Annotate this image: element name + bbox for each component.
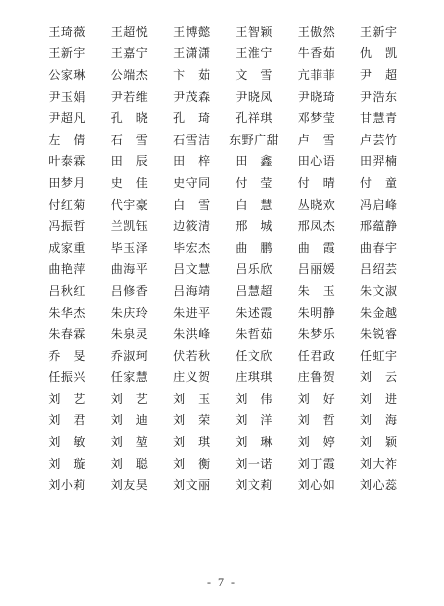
name-row: 尹玉娟尹若维尹茂森尹晓凤尹晓琦尹浩东 [36,86,410,108]
name-cell: 伏若秋 [161,350,223,362]
name-cell: 文 雪 [223,69,285,81]
name-cell: 王淮宁 [223,47,285,59]
name-cell: 孔 晓 [98,112,160,124]
name-cell: 庄琪琪 [223,371,285,383]
name-row: 曲艳萍曲海平吕文慧吕乐欣吕丽媛吕绍芸 [36,259,410,281]
name-cell: 左 倩 [36,134,98,146]
name-cell: 任君政 [285,350,347,362]
name-cell: 田梦月 [36,177,98,189]
name-row: 刘小莉刘友昊刘文丽刘文莉刘心如刘心蕊 [36,474,410,496]
name-cell: 田 梓 [161,155,223,167]
name-cell: 刘 海 [348,414,410,426]
name-cell: 朱明静 [285,307,347,319]
name-cell: 刘 艺 [36,393,98,405]
name-row: 王新宇王嘉宁王潇潇王淮宁牛香茹仇 凯 [36,43,410,65]
name-cell: 毕玉泽 [98,242,160,254]
name-cell: 冯振哲 [36,220,98,232]
name-cell: 刘文丽 [161,479,223,491]
name-cell: 刘 玉 [161,393,223,405]
name-row: 刘 璇刘 聪刘 衡刘一诺刘丁霞刘大祚 [36,453,410,475]
name-cell: 田羿楠 [348,155,410,167]
name-cell: 刘 敏 [36,436,98,448]
name-cell: 吕秋红 [36,285,98,297]
name-cell: 邓梦莹 [285,112,347,124]
name-cell: 白 雪 [161,199,223,211]
name-cell: 吕海靖 [161,285,223,297]
name-cell: 吕丽媛 [285,263,347,275]
name-row: 王琦薇王超悦王博懿王智颖王傲然王新宇 [36,21,410,43]
name-row: 付红菊代宇豪白 雪白 慧丛晓欢冯启峰 [36,194,410,216]
name-cell: 刘 好 [285,393,347,405]
name-row: 刘 敏刘 堃刘 琪刘 琳刘 婷刘 颖 [36,431,410,453]
name-row: 冯振哲兰凯钰边筱清邢 城邢凤杰邢蕴静 [36,215,410,237]
name-cell: 任虹宇 [348,350,410,362]
name-row: 吕秋红吕修香吕海靖吕慧超朱 玉朱文淑 [36,280,410,302]
name-cell: 刘文莉 [223,479,285,491]
name-cell: 王傲然 [285,26,347,38]
name-cell: 公端杰 [98,69,160,81]
name-cell: 田 鑫 [223,155,285,167]
name-cell: 刘 琳 [223,436,285,448]
name-cell: 付 莹 [223,177,285,189]
name-cell: 邢凤杰 [285,220,347,232]
name-cell: 邢蕴静 [348,220,410,232]
name-cell: 付红菊 [36,199,98,211]
name-cell: 东野广甜 [223,134,285,146]
name-cell: 仇 凯 [348,47,410,59]
name-cell: 曲春宇 [348,242,410,254]
name-cell: 尹浩东 [348,91,410,103]
name-cell: 刘 艺 [98,393,160,405]
name-cell: 田 辰 [98,155,160,167]
name-cell: 刘 颖 [348,436,410,448]
name-cell: 刘小莉 [36,479,98,491]
page-number: - 7 - [0,575,444,590]
name-cell: 刘丁霞 [285,458,347,470]
name-cell: 尹超凡 [36,112,98,124]
name-cell: 史 佳 [98,177,160,189]
name-cell: 王新宇 [348,26,410,38]
name-cell: 邢 城 [223,220,285,232]
name-cell: 刘心蕊 [348,479,410,491]
name-cell: 刘心如 [285,479,347,491]
name-cell: 刘 迪 [98,414,160,426]
name-cell: 兰凯钰 [98,220,160,232]
name-cell: 王超悦 [98,26,160,38]
name-row: 尹超凡孔 晓孔 琦孔祥琪邓梦莹甘慧青 [36,107,410,129]
name-cell: 王新宇 [36,47,98,59]
name-cell: 吕慧超 [223,285,285,297]
name-cell: 刘 君 [36,414,98,426]
name-cell: 朱梦乐 [285,328,347,340]
name-cell: 叶泰霖 [36,155,98,167]
name-cell: 王博懿 [161,26,223,38]
name-cell: 庄鲁贺 [285,371,347,383]
name-cell: 卢 雪 [285,134,347,146]
name-cell: 石 雪 [98,134,160,146]
name-cell: 冯启峰 [348,199,410,211]
name-row: 田梦月史 佳史守同付 莹付 晴付 童 [36,172,410,194]
name-row: 朱春霖朱泉灵朱洪峰朱哲茹朱梦乐朱锐睿 [36,323,410,345]
name-cell: 朱述霞 [223,307,285,319]
name-row: 左 倩石 雪石雪洁东野广甜卢 雪卢芸竹 [36,129,410,151]
name-cell: 王嘉宁 [98,47,160,59]
name-cell: 付 晴 [285,177,347,189]
name-cell: 代宇豪 [98,199,160,211]
name-cell: 刘 伟 [223,393,285,405]
name-row: 成家重毕玉泽毕宏杰曲 鹏曲 霞曲春宇 [36,237,410,259]
name-cell: 边筱清 [161,220,223,232]
name-cell: 刘 荣 [161,414,223,426]
name-row: 叶泰霖田 辰田 梓田 鑫田心语田羿楠 [36,151,410,173]
name-cell: 乔淑珂 [98,350,160,362]
name-cell: 尹若维 [98,91,160,103]
name-cell: 刘 进 [348,393,410,405]
name-cell: 朱华杰 [36,307,98,319]
name-cell: 朱 玉 [285,285,347,297]
name-cell: 尹晓凤 [223,91,285,103]
name-cell: 刘 聪 [98,458,160,470]
name-cell: 刘友昊 [98,479,160,491]
name-cell: 史守同 [161,177,223,189]
name-cell: 卢芸竹 [348,134,410,146]
name-cell: 毕宏杰 [161,242,223,254]
name-cell: 曲艳萍 [36,263,98,275]
name-row: 公家琳公端杰卞 茹文 雪亢菲菲尹 超 [36,64,410,86]
document-page: 王琦薇王超悦王博懿王智颖王傲然王新宇王新宇王嘉宁王潇潇王淮宁牛香茹仇 凯公家琳公… [0,0,444,606]
name-row: 朱华杰朱庆玲朱进平朱述霞朱明静朱金越 [36,302,410,324]
name-cell: 刘 琪 [161,436,223,448]
name-cell: 亢菲菲 [285,69,347,81]
name-cell: 白 慧 [223,199,285,211]
name-cell: 刘 堃 [98,436,160,448]
name-cell: 刘一诺 [223,458,285,470]
name-cell: 牛香茹 [285,47,347,59]
name-cell: 朱春霖 [36,328,98,340]
name-cell: 朱锐睿 [348,328,410,340]
name-cell: 王琦薇 [36,26,98,38]
name-row: 刘 艺刘 艺刘 玉刘 伟刘 好刘 进 [36,388,410,410]
name-cell: 刘 哲 [285,414,347,426]
name-cell: 吕文慧 [161,263,223,275]
name-cell: 庄义贺 [161,371,223,383]
name-cell: 曲海平 [98,263,160,275]
name-list-grid: 王琦薇王超悦王博懿王智颖王傲然王新宇王新宇王嘉宁王潇潇王淮宁牛香茹仇 凯公家琳公… [36,21,410,496]
name-cell: 吕绍芸 [348,263,410,275]
name-cell: 尹茂森 [161,91,223,103]
name-cell: 尹 超 [348,69,410,81]
name-cell: 田心语 [285,155,347,167]
name-cell: 朱哲茹 [223,328,285,340]
name-cell: 丛晓欢 [285,199,347,211]
name-cell: 刘 衡 [161,458,223,470]
name-cell: 乔 旻 [36,350,98,362]
name-cell: 朱庆玲 [98,307,160,319]
name-cell: 王潇潇 [161,47,223,59]
name-cell: 朱金越 [348,307,410,319]
name-cell: 刘 云 [348,371,410,383]
name-cell: 刘大祚 [348,458,410,470]
name-cell: 尹晓琦 [285,91,347,103]
name-row: 刘 君刘 迪刘 荣刘 洋刘 哲刘 海 [36,410,410,432]
name-cell: 卞 茹 [161,69,223,81]
name-cell: 吕修香 [98,285,160,297]
name-cell: 石雪洁 [161,134,223,146]
name-cell: 孔 琦 [161,112,223,124]
name-cell: 刘 婷 [285,436,347,448]
name-cell: 尹玉娟 [36,91,98,103]
name-cell: 吕乐欣 [223,263,285,275]
name-cell: 任振兴 [36,371,98,383]
name-row: 任振兴任家慧庄义贺庄琪琪庄鲁贺刘 云 [36,367,410,389]
name-cell: 朱泉灵 [98,328,160,340]
name-cell: 曲 鹏 [223,242,285,254]
name-cell: 曲 霞 [285,242,347,254]
name-cell: 朱文淑 [348,285,410,297]
name-cell: 公家琳 [36,69,98,81]
name-cell: 朱洪峰 [161,328,223,340]
name-row: 乔 旻乔淑珂伏若秋任文欣任君政任虹宇 [36,345,410,367]
name-cell: 朱进平 [161,307,223,319]
name-cell: 任家慧 [98,371,160,383]
name-cell: 付 童 [348,177,410,189]
name-cell: 刘 洋 [223,414,285,426]
name-cell: 孔祥琪 [223,112,285,124]
name-cell: 王智颖 [223,26,285,38]
name-cell: 刘 璇 [36,458,98,470]
name-cell: 任文欣 [223,350,285,362]
name-cell: 成家重 [36,242,98,254]
name-cell: 甘慧青 [348,112,410,124]
